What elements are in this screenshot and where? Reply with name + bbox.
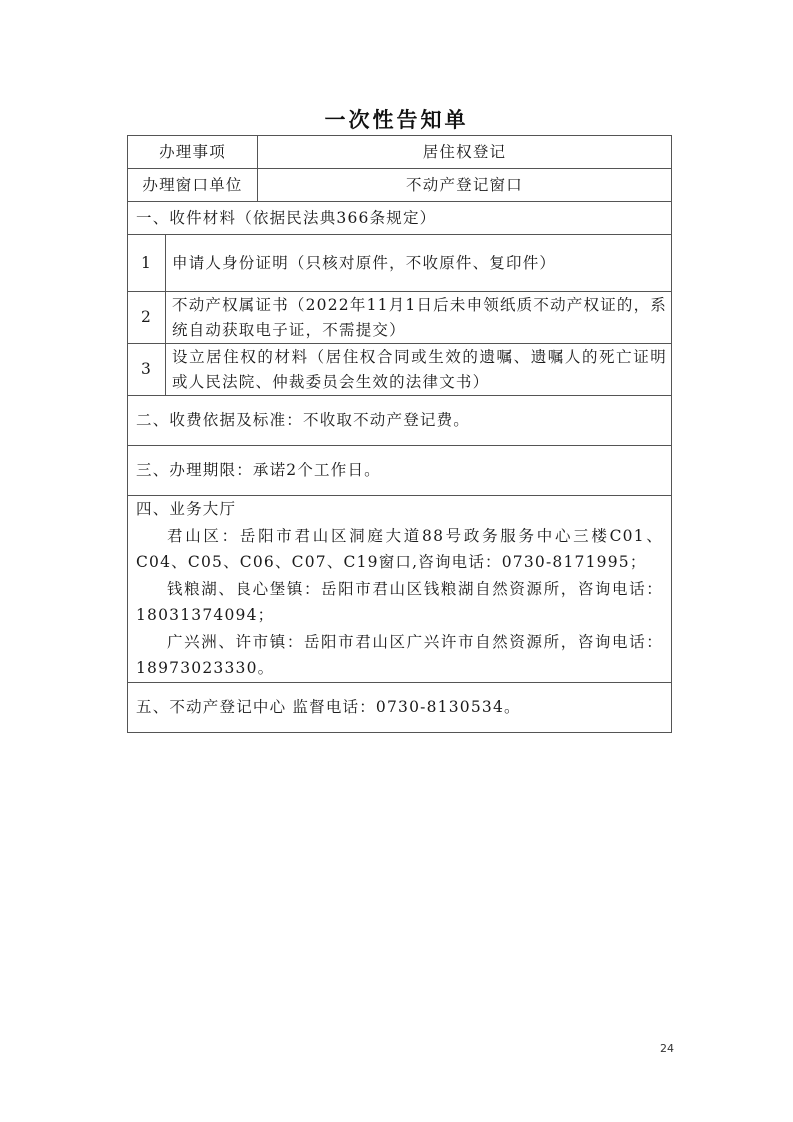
page-number: 24 (660, 1042, 674, 1055)
section-fees-row: 二、收费依据及标准：不收取不动产登记费。 (128, 396, 672, 446)
material-row: 3 设立居住权的材料（居住权合同或生效的遗嘱、遗嘱人的死亡证明或人民法院、仲裁委… (128, 344, 672, 396)
section-supervision-row: 五、不动产登记中心 监督电话：0730-8130534。 (128, 682, 672, 732)
section-service-halls: 四、业务大厅 君山区：岳阳市君山区洞庭大道88号政务服务中心三楼C01、C04、… (128, 496, 672, 683)
row-item-name: 办理事项 居住权登记 (128, 136, 672, 169)
section-supervision: 五、不动产登记中心 监督电话：0730-8130534。 (128, 682, 672, 732)
material-text: 申请人身份证明（只核对原件，不收原件、复印件） (166, 235, 672, 292)
section-service-halls-row: 四、业务大厅 君山区：岳阳市君山区洞庭大道88号政务服务中心三楼C01、C04、… (128, 496, 672, 683)
section-time-limit-row: 三、办理期限：承诺2个工作日。 (128, 446, 672, 496)
section-time-limit: 三、办理期限：承诺2个工作日。 (128, 446, 672, 496)
material-number: 3 (128, 344, 166, 396)
notice-table: 办理事项 居住权登记 办理窗口单位 不动产登记窗口 一、收件材料（依据民法典36… (127, 135, 672, 733)
value-item-name: 居住权登记 (258, 136, 672, 169)
service-hall-junshan: 君山区：岳阳市君山区洞庭大道88号政务服务中心三楼C01、C04、C05、C06… (136, 523, 663, 576)
material-text: 设立居住权的材料（居住权合同或生效的遗嘱、遗嘱人的死亡证明或人民法院、仲裁委员会… (166, 344, 672, 396)
document-title: 一次性告知单 (0, 104, 793, 134)
material-row: 2 不动产权属证书（2022年11月1日后未申领纸质不动产权证的，系统自动获取电… (128, 292, 672, 344)
label-item-name: 办理事项 (128, 136, 258, 169)
value-window-unit: 不动产登记窗口 (258, 169, 672, 202)
material-number: 2 (128, 292, 166, 344)
service-hall-qianlianghu: 钱粮湖、良心堡镇：岳阳市君山区钱粮湖自然资源所，咨询电话：18031374094… (136, 576, 663, 629)
label-window-unit: 办理窗口单位 (128, 169, 258, 202)
material-number: 1 (128, 235, 166, 292)
section-materials-heading: 一、收件材料（依据民法典366条规定） (128, 202, 672, 235)
material-row: 1 申请人身份证明（只核对原件，不收原件、复印件） (128, 235, 672, 292)
service-halls-heading: 四、业务大厅 (136, 496, 663, 523)
material-text: 不动产权属证书（2022年11月1日后未申领纸质不动产权证的，系统自动获取电子证… (166, 292, 672, 344)
section-fees: 二、收费依据及标准：不收取不动产登记费。 (128, 396, 672, 446)
section-materials-heading-row: 一、收件材料（依据民法典366条规定） (128, 202, 672, 235)
service-hall-guangxingzhou: 广兴洲、许市镇：岳阳市君山区广兴许市自然资源所，咨询电话：18973023330… (136, 629, 663, 682)
row-window-unit: 办理窗口单位 不动产登记窗口 (128, 169, 672, 202)
